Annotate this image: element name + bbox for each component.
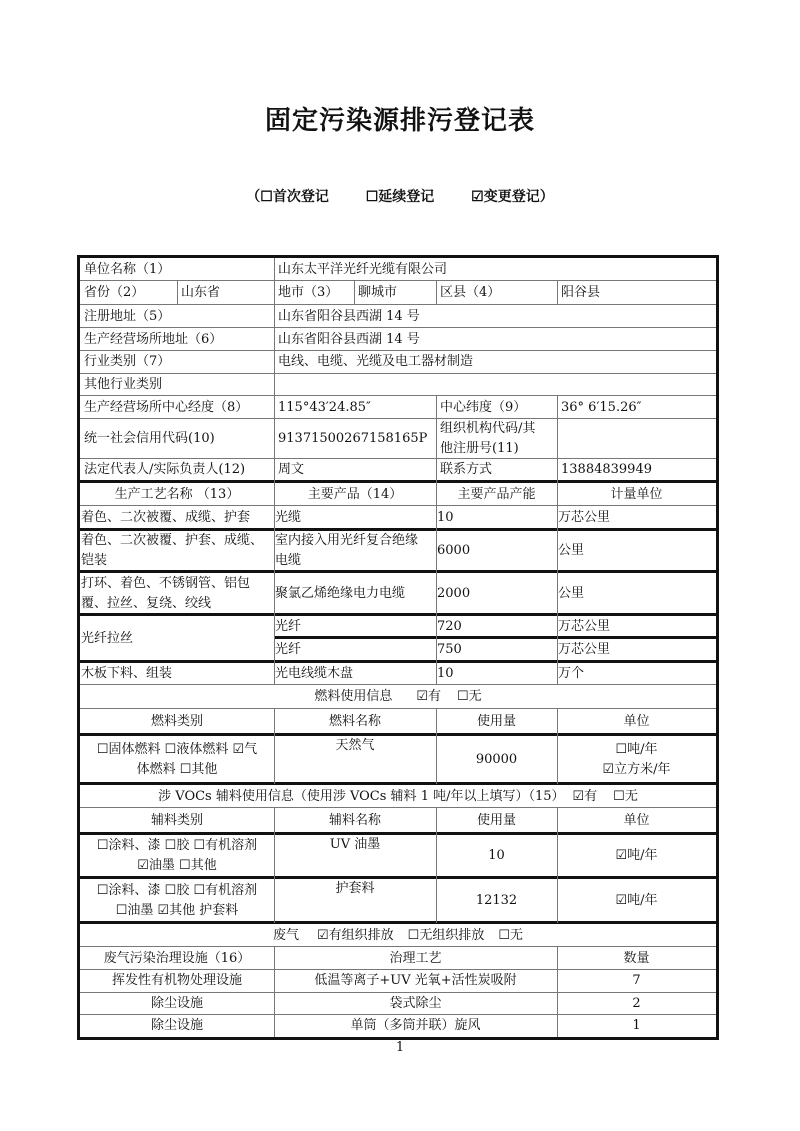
fuel-unit-cubic: ☑立方米/年: [602, 760, 670, 780]
op-address-value: 山东省阳谷县西湖 14 号: [274, 328, 716, 351]
exhaust-header-facility: 废气污染治理设施（16）: [80, 947, 274, 970]
production-row-1-product: 光缆: [274, 506, 436, 529]
county-value: 阳谷县: [557, 281, 716, 304]
production-header-capacity: 主要产品产能: [436, 483, 557, 506]
page-title: 固定污染源排污登记表: [0, 100, 800, 137]
divider: [80, 304, 716, 305]
legal-rep-value: 周文: [274, 459, 436, 481]
divider: [557, 280, 558, 304]
industry-label: 行业类别（7）: [80, 351, 274, 373]
production-row-5-capacity: 10: [436, 663, 557, 684]
fuel-name: 天然气: [274, 736, 436, 783]
exhaust-header-count: 数量: [557, 947, 716, 970]
production-row-2-unit: 公里: [557, 531, 716, 571]
divider: [80, 480, 716, 483]
divider: [436, 395, 437, 684]
divider: [80, 733, 716, 736]
divider: [436, 708, 437, 784]
production-row-4b-unit: 万芯公里: [557, 639, 716, 661]
production-row-4b-capacity: 750: [436, 639, 557, 661]
exhaust-header-process: 治理工艺: [274, 947, 557, 970]
fuel-header-name: 燃料名称: [274, 709, 436, 734]
production-row-1-process: 着色、二次被覆、成缆、护套: [80, 506, 274, 529]
industry-value: 电线、电缆、光缆及电工器材制造: [274, 351, 716, 373]
vocs-row-2-type[interactable]: ☐涂料、漆 ☐胶 ☐有机溶剂☐油墨 ☑其他 护套料: [80, 879, 274, 922]
province-value: 山东省: [177, 281, 274, 304]
credit-code-value: 91371500267158165P: [274, 419, 436, 459]
divider: [274, 708, 275, 784]
vocs-type-line1: ☐涂料、漆 ☐胶 ☐有机溶剂: [97, 836, 257, 856]
production-row-4-process: 光纤拉丝: [80, 616, 274, 661]
contact-label: 联系方式: [436, 459, 557, 481]
exhaust-row-2-process: 袋式除尘: [274, 992, 557, 1015]
checkbox-change-registration[interactable]: ☑变更登记）: [471, 186, 554, 206]
exhaust-row-1-count: 7: [557, 970, 716, 992]
vocs-row-1-name: UV 油墨: [274, 835, 436, 877]
page-number: 1: [0, 1040, 800, 1055]
divider: [80, 876, 716, 879]
production-row-3-capacity: 2000: [436, 573, 557, 614]
divider: [80, 395, 716, 396]
divider: [80, 992, 716, 993]
fuel-no-checkbox[interactable]: ☐无: [457, 687, 482, 707]
divider: [80, 969, 716, 970]
exhaust-row-2-facility: 除尘设施: [80, 992, 274, 1015]
divider: [354, 280, 355, 304]
org-code-value: [557, 419, 716, 459]
fuel-unit-ton: ☐吨/年: [602, 740, 670, 760]
vocs-type-line2: ☑油墨 ☐其他: [97, 856, 257, 876]
divider: [177, 280, 178, 304]
process-line1: 打环、着色、不锈钢管、铝包: [81, 574, 250, 594]
vocs-header-unit: 单位: [557, 808, 716, 833]
divider: [80, 684, 716, 685]
vocs-row-1-amount: 10: [436, 835, 557, 877]
exhaust-organized-checkbox[interactable]: ☑有组织排放: [317, 926, 394, 946]
production-row-3-product: 聚氯乙烯绝缘电力电缆: [274, 573, 436, 614]
vocs-row-2-amount: 12132: [436, 879, 557, 922]
exhaust-row-1-process: 低温等离子+UV 光氧+活性炭吸附: [274, 970, 557, 992]
city-label: 地市（3）: [274, 281, 354, 304]
vocs-type-line1: ☐涂料、漆 ☐胶 ☐有机溶剂: [97, 881, 257, 901]
longitude-label: 生产经营场所中心经度（8）: [80, 396, 274, 419]
divider: [80, 280, 716, 281]
reg-address-value: 山东省阳谷县西湖 14 号: [274, 305, 716, 328]
exhaust-none-checkbox[interactable]: ☐无: [498, 926, 523, 946]
fuel-header-type: 燃料类别: [80, 709, 274, 734]
product-line1: 室内接入用光纤复合绝缘: [275, 531, 418, 551]
divider: [80, 660, 716, 663]
vocs-header-name: 辅料名称: [274, 808, 436, 833]
other-industry-value: [274, 373, 716, 396]
divider: [80, 570, 716, 573]
product-line2: 电缆: [275, 551, 418, 571]
divider: [80, 505, 716, 506]
registration-table: 单位名称（1） 山东太平洋光纤光缆有限公司 省份（2） 山东省 地市（3） 聊城…: [77, 255, 719, 1040]
fuel-type-line2: 体燃料 ☐其他: [97, 760, 257, 780]
divider: [557, 395, 558, 684]
vocs-row-2-name: 护套料: [274, 879, 436, 922]
divider: [80, 458, 716, 459]
divider: [80, 807, 716, 808]
production-row-1-capacity: 10: [436, 506, 557, 529]
divider: [80, 613, 716, 616]
fuel-amount: 90000: [436, 736, 557, 783]
divider: [274, 946, 275, 1037]
production-row-2-product: 室内接入用光纤复合绝缘电缆: [274, 531, 436, 571]
divider: [80, 327, 716, 328]
latitude-label: 中心纬度（9）: [436, 396, 557, 419]
production-row-5-unit: 万个: [557, 663, 716, 684]
divider: [80, 921, 716, 924]
checkbox-renewal-registration[interactable]: ☐延续登记: [366, 186, 435, 206]
divider: [80, 1014, 716, 1015]
production-row-4a-unit: 万芯公里: [557, 616, 716, 637]
divider: [80, 373, 716, 374]
fuel-yes-checkbox[interactable]: ☑有: [416, 687, 441, 707]
production-header-unit: 计量单位: [557, 483, 716, 506]
exhaust-row-2-count: 2: [557, 992, 716, 1015]
divider: [80, 782, 716, 785]
exhaust-row-3-facility: 除尘设施: [80, 1015, 274, 1037]
vocs-section-title: 涉 VOCs 辅料使用信息（使用涉 VOCs 辅料 1 吨/年以上填写）（15）…: [80, 785, 716, 808]
vocs-header-type: 辅料类别: [80, 808, 274, 833]
fuel-header-unit: 单位: [557, 709, 716, 734]
fuel-unit[interactable]: ☐吨/年☑立方米/年: [557, 736, 716, 783]
divider: [436, 807, 437, 923]
production-row-4a-capacity: 720: [436, 616, 557, 637]
fuel-section-title: 燃料使用信息 ☑有 ☐无: [80, 684, 716, 709]
exhaust-unorganized-checkbox[interactable]: ☐无组织排放: [408, 926, 485, 946]
divider: [274, 807, 275, 923]
vocs-no-checkbox[interactable]: ☐无: [613, 787, 638, 807]
exhaust-section-title: 废气 ☑有组织排放 ☐无组织排放 ☐无: [80, 924, 716, 947]
org-code-label: 组织机构代码/其他注册号(11): [436, 419, 557, 459]
fuel-header-amount: 使用量: [436, 709, 557, 734]
divider: [80, 832, 716, 835]
process-line1: 着色、二次被覆、护套、成缆、: [81, 531, 263, 551]
divider: [80, 350, 716, 351]
process-line2: 覆、拉丝、复绕、绞线: [81, 594, 250, 614]
org-code-label-line1: 组织机构代码/其: [440, 419, 535, 439]
city-value: 聊城市: [354, 281, 436, 304]
vocs-header-amount: 使用量: [436, 808, 557, 833]
production-row-5-product: 光电线缆木盘: [274, 663, 436, 684]
process-line2: 铠装: [81, 551, 263, 571]
unit-name-value: 山东太平洋光纤光缆有限公司: [274, 258, 716, 281]
checkbox-first-registration[interactable]: （☐首次登记: [246, 186, 329, 206]
production-row-3-process: 打环、着色、不锈钢管、铝包覆、拉丝、复绕、绞线: [80, 573, 274, 614]
vocs-type-line2: ☐油墨 ☑其他 护套料: [97, 901, 257, 921]
exhaust-row-3-count: 1: [557, 1015, 716, 1037]
other-industry-label: 其他行业类别: [80, 373, 274, 396]
latitude-value: 36° 6′15.26″: [557, 396, 716, 419]
vocs-row-2-unit[interactable]: ☑吨/年: [557, 879, 716, 922]
fuel-section-label: 燃料使用信息: [314, 687, 392, 707]
vocs-section-label: 涉 VOCs 辅料使用信息（使用涉 VOCs 辅料 1 吨/年以上填写）（15）: [158, 787, 564, 807]
production-row-4b-product: 光纤: [274, 639, 436, 661]
divider: [557, 946, 558, 1037]
production-row-1-unit: 万芯公里: [557, 506, 716, 529]
production-row-3-unit: 公里: [557, 573, 716, 614]
registration-type: （☐首次登记 ☐延续登记 ☑变更登记）: [0, 186, 800, 206]
production-row-2-process: 着色、二次被覆、护套、成缆、铠装: [80, 531, 274, 571]
vocs-row-1-type[interactable]: ☐涂料、漆 ☐胶 ☐有机溶剂☑油墨 ☐其他: [80, 835, 274, 877]
divider: [80, 418, 716, 419]
fuel-type-line1: ☐固体燃料 ☐液体燃料 ☑气: [97, 740, 257, 760]
divider: [557, 708, 558, 784]
exhaust-section-label: 废气: [273, 926, 299, 946]
credit-code-label: 统一社会信用代码(10): [80, 419, 274, 459]
province-label: 省份（2）: [80, 281, 177, 304]
divider: [436, 280, 437, 304]
divider: [80, 528, 716, 531]
contact-value: 13884839949: [557, 459, 716, 481]
op-address-label: 生产经营场所地址（6）: [80, 328, 274, 351]
production-header-product: 主要产品（14）: [274, 483, 436, 506]
exhaust-row-3-process: 单筒（多筒并联）旋风: [274, 1015, 557, 1037]
county-label: 区县（4）: [436, 281, 557, 304]
production-row-5-process: 木板下料、组装: [80, 663, 274, 684]
exhaust-row-1-facility: 挥发性有机物处理设施: [80, 970, 274, 992]
divider: [274, 258, 275, 684]
vocs-row-1-unit[interactable]: ☑吨/年: [557, 835, 716, 877]
org-code-label-line2: 他注册号(11): [440, 439, 535, 459]
divider: [80, 946, 716, 947]
production-row-4a-product: 光纤: [274, 616, 436, 637]
reg-address-label: 注册地址（5）: [80, 305, 274, 328]
legal-rep-label: 法定代表人/实际负责人(12): [80, 459, 274, 481]
vocs-yes-checkbox[interactable]: ☑有: [573, 787, 598, 807]
production-row-2-capacity: 6000: [436, 531, 557, 571]
divider: [80, 708, 716, 709]
divider: [274, 636, 716, 639]
divider: [557, 807, 558, 923]
unit-name-label: 单位名称（1）: [80, 258, 274, 281]
longitude-value: 115°43′24.85″: [274, 396, 436, 419]
fuel-type[interactable]: ☐固体燃料 ☐液体燃料 ☑气体燃料 ☐其他: [80, 736, 274, 783]
production-header-process: 生产工艺名称 （13）: [80, 483, 274, 506]
